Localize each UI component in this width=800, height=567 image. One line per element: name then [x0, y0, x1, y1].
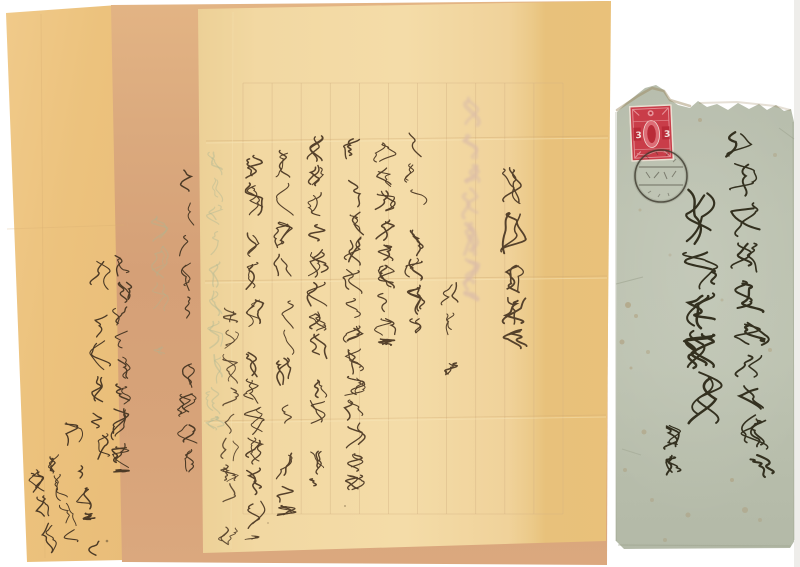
stamp-art: 3 3	[629, 104, 674, 162]
postage-stamp: 3 3	[629, 104, 674, 162]
envelope: 3 3	[612, 82, 798, 552]
stamp-denomination-left: 3	[635, 131, 642, 141]
letter-sheet-back	[5, 3, 125, 563]
stamp-denomination-right: 3	[664, 130, 671, 140]
scanner-edge-band	[794, 0, 800, 567]
letter-sheet-front	[196, 0, 612, 554]
scan-background: 3 3	[0, 0, 800, 567]
